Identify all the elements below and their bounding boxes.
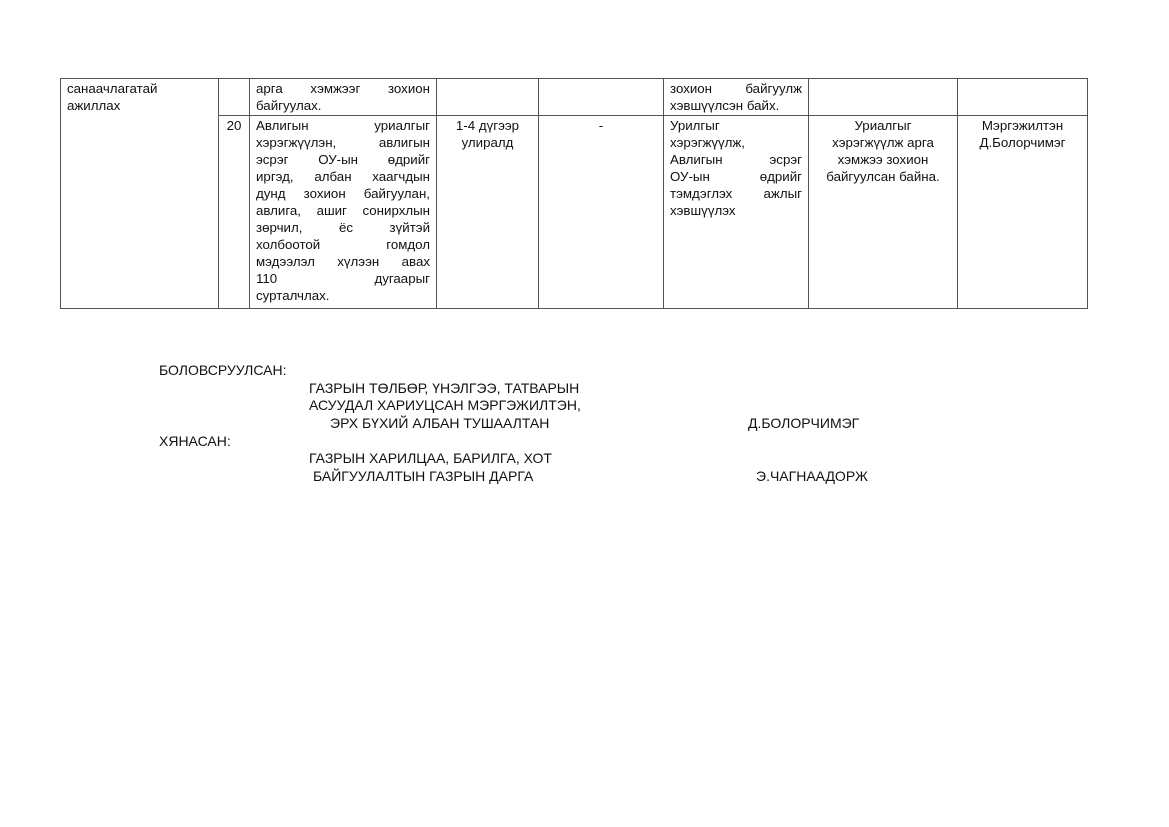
budget-cell bbox=[539, 79, 664, 116]
action-text-line: хэрэгжүүлэн, авлигын bbox=[256, 134, 430, 151]
action-plan-table: санаачлагатай ажиллах арга хэмжээг зохио… bbox=[60, 78, 1088, 309]
prepared-by-label: БОЛОВСРУУЛСАН: bbox=[159, 362, 287, 380]
action-text-line: сурталчлах. bbox=[256, 287, 430, 304]
timeframe-cell bbox=[437, 79, 539, 116]
action-text-line: авлига, ашиг сонирхлын bbox=[256, 202, 430, 219]
action-text-line: дунд зохион байгуулан, bbox=[256, 185, 430, 202]
reviewed-position-line: БАЙГУУЛАЛТЫН ГАЗРЫН ДАРГА bbox=[313, 468, 533, 486]
indicator-text-line: хэрэгжүүлж арга bbox=[815, 134, 951, 151]
responsible-text-line: Мэргэжилтэн bbox=[964, 117, 1081, 134]
prepared-position-line: ЭРХ БҮХИЙ АЛБАН ТУШААЛТАН bbox=[330, 415, 549, 433]
action-text-line: арга хэмжээг зохион bbox=[256, 80, 430, 97]
reviewed-by-label: ХЯНАСАН: bbox=[159, 433, 231, 451]
result-text-line: ОУ-ын өдрийг bbox=[670, 168, 802, 185]
indicator-cell bbox=[809, 79, 958, 116]
goal-cell: санаачлагатай ажиллах bbox=[61, 79, 219, 309]
action-text-line: холбоотой гомдол bbox=[256, 236, 430, 253]
action-cell: Авлигын уриалгыг хэрэгжүүлэн, авлигын эс… bbox=[250, 116, 437, 309]
indicator-text-line: байгуулсан байна. bbox=[815, 168, 951, 185]
prepared-by-name: Д.БОЛОРЧИМЭГ bbox=[748, 415, 859, 433]
reviewed-by-name: Э.ЧАГНААДОРЖ bbox=[756, 468, 868, 486]
timeframe-text-line: улиралд bbox=[443, 134, 532, 151]
action-text-line: 110 дугаарыг bbox=[256, 270, 430, 287]
responsible-cell: Мэргэжилтэн Д.Болорчимэг bbox=[958, 116, 1088, 309]
action-cell: арга хэмжээг зохион байгуулах. bbox=[250, 79, 437, 116]
number-cell: 20 bbox=[219, 116, 250, 309]
result-text-line: хэвшүүлсэн байх. bbox=[670, 97, 802, 114]
indicator-text-line: Уриалгыг bbox=[815, 117, 951, 134]
action-text-line: байгуулах. bbox=[256, 97, 430, 114]
action-text-line: зөрчил, ёс зүйтэй bbox=[256, 219, 430, 236]
number-cell bbox=[219, 79, 250, 116]
result-text-line: зохион байгуулж bbox=[670, 80, 802, 97]
result-cell: Урилгыг хэрэгжүүлж, Авлигын эсрэг ОУ-ын … bbox=[664, 116, 809, 309]
action-text-line: Авлигын уриалгыг bbox=[256, 117, 430, 134]
action-text-line: мэдээлэл хүлээн авах bbox=[256, 253, 430, 270]
result-text-line: Урилгыг bbox=[670, 117, 802, 134]
reviewed-position-line: ГАЗРЫН ХАРИЛЦАА, БАРИЛГА, ХОТ bbox=[309, 450, 552, 468]
responsible-cell bbox=[958, 79, 1088, 116]
timeframe-text-line: 1-4 дүгээр bbox=[443, 117, 532, 134]
result-text-line: Авлигын эсрэг bbox=[670, 151, 802, 168]
table-row: санаачлагатай ажиллах арга хэмжээг зохио… bbox=[61, 79, 1088, 116]
goal-text-line: санаачлагатай bbox=[67, 80, 212, 97]
prepared-position-line: АСУУДАЛ ХАРИУЦСАН МЭРГЭЖИЛТЭН, bbox=[309, 397, 581, 415]
budget-cell: - bbox=[539, 116, 664, 309]
result-text-line: тэмдэглэх ажлыг bbox=[670, 185, 802, 202]
indicator-cell: Уриалгыг хэрэгжүүлж арга хэмжээ зохион б… bbox=[809, 116, 958, 309]
result-text-line: хэвшүүлэх bbox=[670, 202, 802, 219]
result-cell: зохион байгуулж хэвшүүлсэн байх. bbox=[664, 79, 809, 116]
action-text-line: иргэд, албан хаагчдын bbox=[256, 168, 430, 185]
result-text-line: хэрэгжүүлж, bbox=[670, 134, 802, 151]
goal-text-line: ажиллах bbox=[67, 97, 212, 114]
indicator-text-line: хэмжээ зохион bbox=[815, 151, 951, 168]
timeframe-cell: 1-4 дүгээр улиралд bbox=[437, 116, 539, 309]
prepared-position-line: ГАЗРЫН ТӨЛБӨР, ҮНЭЛГЭЭ, ТАТВАРЫН bbox=[309, 380, 579, 398]
action-text-line: эсрэг ОУ-ын өдрийг bbox=[256, 151, 430, 168]
responsible-text-line: Д.Болорчимэг bbox=[964, 134, 1081, 151]
